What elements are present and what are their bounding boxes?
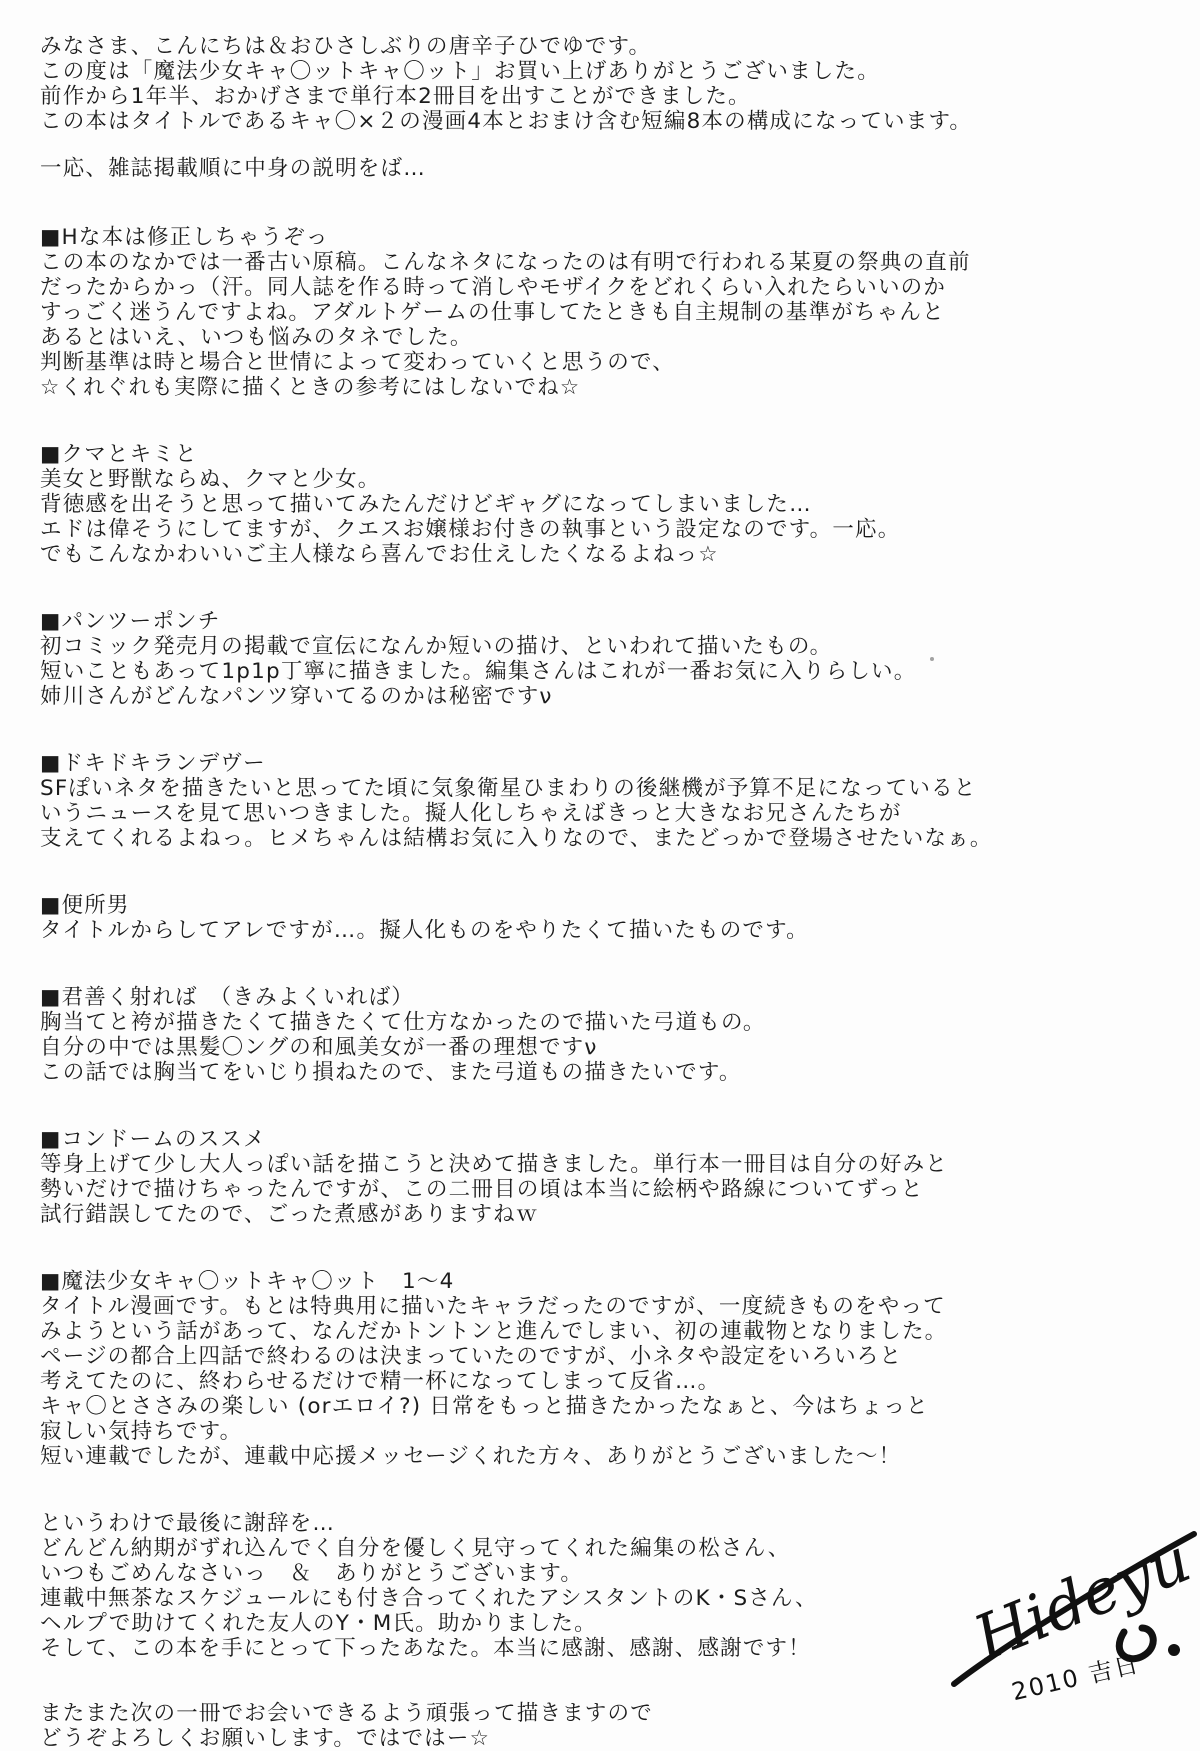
scan-speck <box>930 657 934 661</box>
text-line: 寂しい気持ちです。 <box>40 1419 1176 1444</box>
autograph-text: Hideyu <box>963 1523 1198 1675</box>
text-line: 一応、雑誌掲載順に中身の説明をば… <box>40 156 1176 181</box>
text-line: 試行錯誤してたので、ごった煮感がありますねｗ <box>40 1202 1176 1227</box>
text-line: 美女と野獣ならぬ、クマと少女。 <box>40 467 1176 492</box>
section-title: ■コンドームのススメ <box>40 1127 1176 1152</box>
section-title: ■魔法少女キャ〇ットキャ〇ット 1～4 <box>40 1269 1176 1294</box>
section-title: ■Hな本は修正しちゃうぞっ <box>40 225 1176 250</box>
text-line: ☆くれぐれも実際に描くときの参考にはしないでね☆ <box>40 375 1176 400</box>
text-line: 初コミック発売月の掲載で宣伝になんか短いの描け、といわれて描いたもの。 <box>40 634 1176 659</box>
section: ■パンツーポンチ初コミック発売月の掲載で宣伝になんか短いの描け、といわれて描いた… <box>40 609 1176 709</box>
section: ■魔法少女キャ〇ットキャ〇ット 1～4タイトル漫画です。もとは特典用に描いたキャ… <box>40 1269 1176 1469</box>
section-title: ■クマとキミと <box>40 442 1176 467</box>
text-line: 背徳感を出そうと思って描いてみたんだけどギャグになってしまいました… <box>40 492 1176 517</box>
text-line: タイトルからしてアレですが…。擬人化ものをやりたくて描いたものです。 <box>40 918 1176 943</box>
text-line: 判断基準は時と場合と世情によって変わっていくと思うので、 <box>40 350 1176 375</box>
section: ■君善く射れば （きみよくいれば）胸当てと袴が描きたくて描きたくて仕方なかったの… <box>40 985 1176 1085</box>
text-line: 等身上げて少し大人っぽい話を描こうと決めて描きました。単行本一冊目は自分の好みと <box>40 1152 1176 1177</box>
section: ■ドキドキランデヴーSFぽいネタを描きたいと思ってた頃に気象衛星ひまわりの後継機… <box>40 751 1176 851</box>
text-line: タイトル漫画です。もとは特典用に描いたキャラだったのですが、一度続きものをやって <box>40 1294 1176 1319</box>
section-title: ■ドキドキランデヴー <box>40 751 1176 776</box>
text-line: みようという話があって、なんだかトントンと進んでしまい、初の連載物となりました。 <box>40 1319 1176 1344</box>
paragraph: 一応、雑誌掲載順に中身の説明をば… <box>40 156 1176 181</box>
text-line: だったからかっ（汗。同人誌を作る時って消しやモザイクをどれくらい入れたらいいのか <box>40 275 1176 300</box>
text-line: 姉川さんがどんなパンツ穿いてるのかは秘密ですν <box>40 684 1176 709</box>
text-line: 短いこともあって1p1p丁寧に描きました。編集さんはこれが一番お気に入りらしい。 <box>40 659 1176 684</box>
text-line: 自分の中では黒髪〇ングの和風美女が一番の理想ですν <box>40 1035 1176 1060</box>
text-line: エドは偉そうにしてますが、クエスお嬢様お付きの執事という設定なのです。一応。 <box>40 517 1176 542</box>
text-line: この本のなかでは一番古い原稿。こんなネタになったのは有明で行われる某夏の祭典の直… <box>40 250 1176 275</box>
text-line: この本はタイトルであるキャ〇×２の漫画4本とおまけ含む短編8本の構成になっていま… <box>40 109 1176 134</box>
text-line: ページの都合上四話で終わるのは決まっていたのですが、小ネタや設定をいろいろと <box>40 1344 1176 1369</box>
text-line: この話では胸当てをいじり損ねたので、また弓道もの描きたいです。 <box>40 1060 1176 1085</box>
text-line: 考えてたのに、終わらせるだけで精一杯になってしまって反省…。 <box>40 1369 1176 1394</box>
text-line: 支えてくれるよねっ。ヒメちゃんは結構お気に入りなので、またどっかで登場させたいな… <box>40 826 1176 851</box>
text-line: 前作から1年半、おかげさまで単行本2冊目を出すことができました。 <box>40 84 1176 109</box>
section: ■クマとキミと美女と野獣ならぬ、クマと少女。背徳感を出そうと思って描いてみたんだ… <box>40 442 1176 567</box>
section-title: ■便所男 <box>40 893 1176 918</box>
text-line: いうニュースを見て思いつきました。擬人化しちゃえばきっと大きなお兄さんたちが <box>40 801 1176 826</box>
section-title: ■君善く射れば （きみよくいれば） <box>40 985 1176 1010</box>
text-line: キャ〇とささみの楽しい (orエロイ?) 日常をもっと描きたかったなぁと、今はち… <box>40 1394 1176 1419</box>
afterword-text: みなさま、こんにちは＆おひさしぶりの唐辛子ひでゆです。この度は「魔法少女キャ〇ッ… <box>0 0 1200 1751</box>
text-line: すっごく迷うんですよね。アダルトゲームの仕事してたときも自主規制の基準がちゃんと <box>40 300 1176 325</box>
text-line: SFぽいネタを描きたいと思ってた頃に気象衛星ひまわりの後継機が予算不足になってい… <box>40 776 1176 801</box>
text-line: でもこんなかわいいご主人様なら喜んでお仕えしたくなるよねっ☆ <box>40 542 1176 567</box>
signature-block: Hideyu 2010 吉日 <box>948 1512 1198 1742</box>
section: ■便所男タイトルからしてアレですが…。擬人化ものをやりたくて描いたものです。 <box>40 893 1176 943</box>
section-title: ■パンツーポンチ <box>40 609 1176 634</box>
text-line: 胸当てと袴が描きたくて描きたくて仕方なかったので描いた弓道もの。 <box>40 1010 1176 1035</box>
text-line: あるとはいえ、いつも悩みのタネでした。 <box>40 325 1176 350</box>
section: ■コンドームのススメ等身上げて少し大人っぽい話を描こうと決めて描きました。単行本… <box>40 1127 1176 1227</box>
text-line: この度は「魔法少女キャ〇ットキャ〇ット」お買い上げありがとうございました。 <box>40 59 1176 84</box>
text-line: 勢いだけで描けちゃったんですが、この二冊目の頃は本当に絵柄や路線についてずっと <box>40 1177 1176 1202</box>
paragraph: みなさま、こんにちは＆おひさしぶりの唐辛子ひでゆです。この度は「魔法少女キャ〇ッ… <box>40 34 1176 134</box>
section: ■Hな本は修正しちゃうぞっこの本のなかでは一番古い原稿。こんなネタになったのは有… <box>40 225 1176 400</box>
text-line: 短い連載でしたが、連載中応援メッセージくれた方々、ありがとうございました～！ <box>40 1444 1176 1469</box>
text-line: みなさま、こんにちは＆おひさしぶりの唐辛子ひでゆです。 <box>40 34 1176 59</box>
